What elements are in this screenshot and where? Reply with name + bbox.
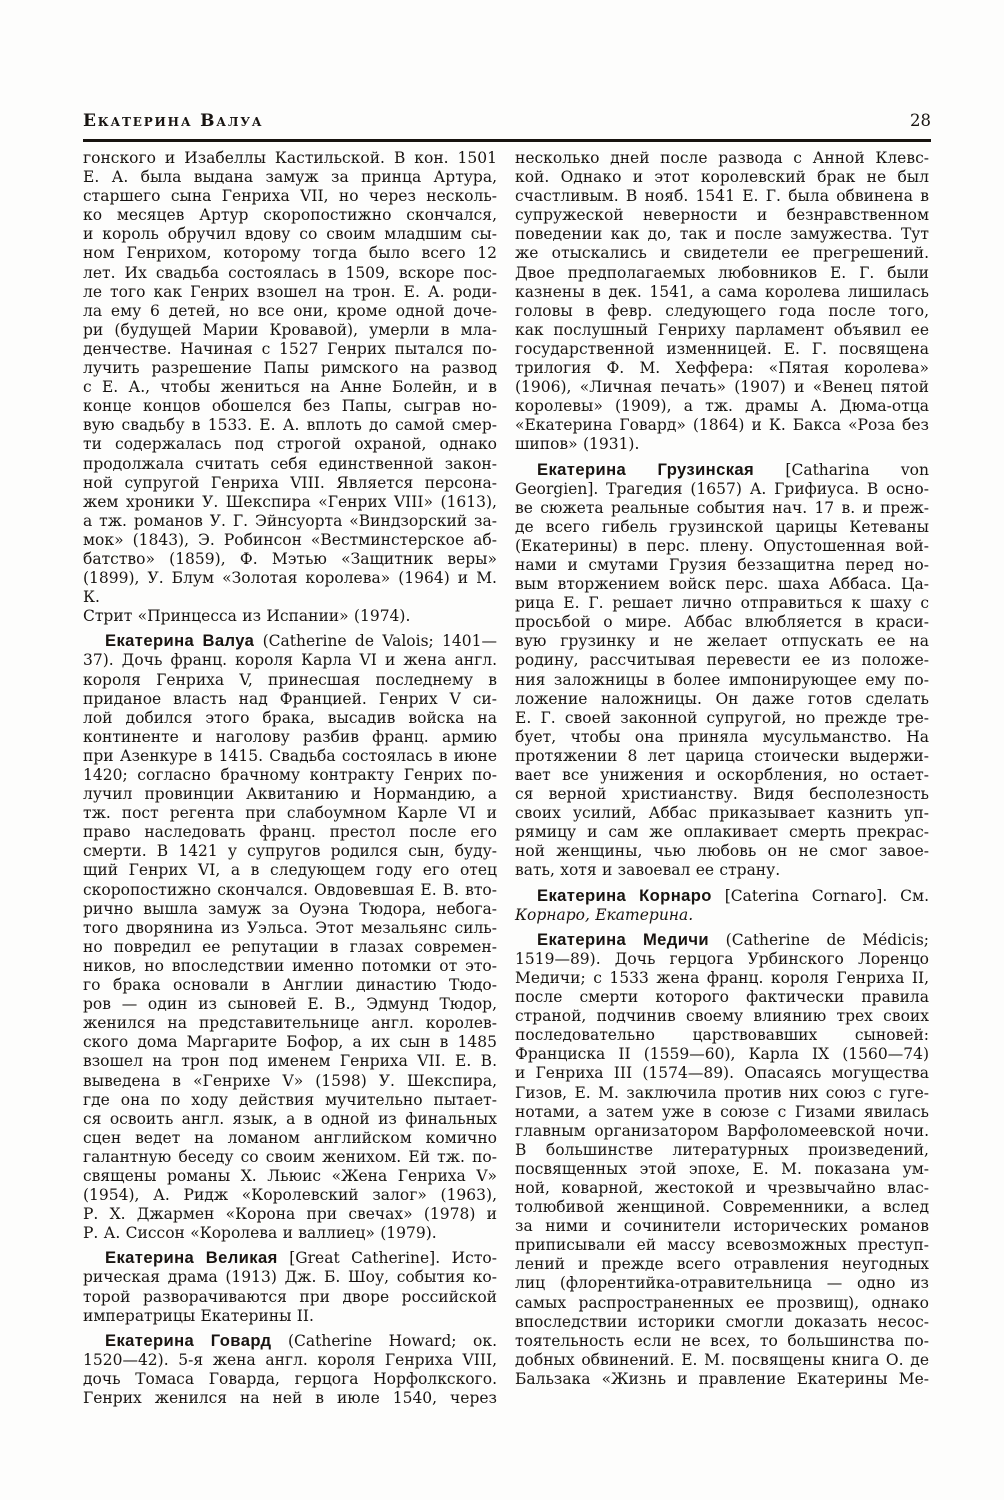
- text-line: Е. А. была выдана замуж за принца Артура…: [83, 168, 497, 187]
- text-line: Екатерина Говард (Catherine Howard; ок.: [83, 1331, 497, 1351]
- text-segment: счастливым. В нояб. 1541 Е. Г. была обви…: [515, 187, 929, 205]
- text-line: 1519—89). Дочь герцога Урбинского Лоренц…: [515, 950, 929, 969]
- text-segment: и король обручил вдову со своим младшим …: [83, 225, 497, 243]
- text-segment: (1899), У. Блум «Золотая королева» (1964…: [83, 569, 497, 606]
- text-line: 1520—42). 5-я жена англ. короля Генриха …: [83, 1351, 497, 1370]
- text-segment: при Азенкуре в 1415. Свадьба состоялась …: [83, 747, 497, 765]
- text-segment: просьбой о мире. Аббас влюбляется в крас…: [515, 613, 929, 631]
- text-line: родину, рассчитывая перевести ее из поло…: [515, 651, 929, 670]
- text-segment: взошел на трон под именем Генриха VII. Е…: [83, 1052, 497, 1070]
- text-segment: лучить разрешение Папы римского на разво…: [83, 359, 497, 377]
- text-segment: рица Е. Г. решает лично отправиться к ша…: [515, 594, 929, 612]
- text-line: страной, подчинив своему влиянию трех св…: [515, 1007, 929, 1026]
- text-segment: поведении как до, так и после замужества…: [515, 225, 929, 243]
- text-segment: Е. Г. своей законной супругой, но прежде…: [515, 709, 929, 727]
- text-line: «Екатерина Говард» (1864) и К. Бакса «Ро…: [515, 416, 929, 435]
- text-line: (Екатерины) в перс. плену. Опустошенная …: [515, 537, 929, 556]
- text-line: Стрит «Принцесса из Испании» (1974).: [83, 607, 497, 626]
- page-number: 28: [910, 111, 931, 130]
- text-segment: ся верной христианству. Видя бесполезнос…: [515, 785, 929, 803]
- text-line: ной супругой Генриха VIII. Является перс…: [83, 474, 497, 493]
- text-line: рямицу и сам же оплакивает смерть прекра…: [515, 823, 929, 842]
- text-segment: кой. Однако и этот королевский брак не б…: [515, 168, 929, 186]
- text-line: протяжении 8 лет царица стоически выдерж…: [515, 747, 929, 766]
- text-line: батство» (1859), Ф. Мэтью «Защитник веры…: [83, 550, 497, 569]
- text-segment: Франциска II (1559—60), Карла IX (1560—7…: [515, 1045, 929, 1063]
- entry-ekaterina-kornaro: Екатерина Корнаро [Caterina Cornaro]. См…: [515, 886, 929, 925]
- text-line: ся верной христианству. Видя бесполезнос…: [515, 785, 929, 804]
- text-segment: рямицу и сам же оплакивает смерть прекра…: [515, 823, 929, 841]
- text-line: кой. Однако и этот королевский брак не б…: [515, 168, 929, 187]
- text-line: лений и прежде всего отравления неугодны…: [515, 1255, 929, 1274]
- text-line: тоятельность если не всех, то большинств…: [515, 1332, 929, 1351]
- header-rule: [83, 139, 931, 142]
- text-line: как послушный Генриху парламент объявил …: [515, 321, 929, 340]
- text-line: рица Е. Г. решает лично отправиться к ша…: [515, 594, 929, 613]
- text-line: Georgien]. Трагедия (1657) А. Грифиуса. …: [515, 480, 929, 499]
- text-line: лет. Их свадьба состоялась в 1509, вскор…: [83, 264, 497, 283]
- text-segment: ной, коварной, жестокой и чрезвычайно вл…: [515, 1179, 929, 1197]
- text-line: (1954), А. Ридж «Королевский залог» (196…: [83, 1186, 497, 1205]
- text-line: главным организатором Варфоломеевской но…: [515, 1122, 929, 1141]
- text-segment: впоследствии историки смогли доказать не…: [515, 1313, 929, 1331]
- text-line: жем хроники У. Шекспира «Генрих VIII» (1…: [83, 493, 497, 512]
- text-line: лой добился этого брака, высадив войска …: [83, 709, 497, 728]
- text-segment: ров — один из сыновей Е. В., Эдмунд Тюдо…: [83, 995, 497, 1013]
- text-line: право наследовать франц. престол после е…: [83, 823, 497, 842]
- text-segment: казнены в дек. 1541, а сама королева лиш…: [515, 283, 929, 301]
- text-segment: вую свадьбу в 1533. Е. А. вплоть до само…: [83, 416, 497, 434]
- text-segment: Е. А. была выдана замуж за принца Артура…: [83, 168, 497, 186]
- text-line: после смерти которого фактически правила: [515, 988, 929, 1007]
- text-line: ников, но впоследствии именно потомки от…: [83, 957, 497, 976]
- text-segment: продолжала считать себя единственной зак…: [83, 455, 497, 473]
- text-segment: лений и прежде всего отравления неугодны…: [515, 1255, 929, 1273]
- text-segment: лиц (флорентийка-отравительница — одно и…: [515, 1274, 929, 1292]
- text-segment: короля Генриха V, принесшая последнему в: [83, 671, 497, 689]
- text-segment: право наследовать франц. престол после е…: [83, 823, 497, 841]
- text-segment: ников, но впоследствии именно потомки от…: [83, 957, 497, 975]
- text-segment: 1520—42). 5-я жена англ. короля Генриха …: [83, 1351, 497, 1369]
- text-segment: Р. Х. Джармен «Корона при свечах» (1978)…: [83, 1205, 497, 1223]
- text-segment: гонского и Изабеллы Кастильской. В кон. …: [83, 149, 497, 167]
- text-segment: (Catherine de Médicis;: [709, 931, 929, 949]
- text-segment: ния заложницы в более импонирующее ему п…: [515, 671, 929, 689]
- text-segment: как послушный Генриху парламент объявил …: [515, 321, 929, 339]
- text-line: вает все унижения и оскорбления, но оста…: [515, 766, 929, 785]
- text-line: го брака основали в Англии династию Тюдо…: [83, 976, 497, 995]
- text-line: счастливым. В нояб. 1541 Е. Г. была обви…: [515, 187, 929, 206]
- text-segment: конце концов обошелся без Папы, сыграв н…: [83, 397, 497, 415]
- text-segment: ти содержалась под строгой охраной, одна…: [83, 435, 497, 453]
- text-line: ся освоить англ. язык, а в одной из фина…: [83, 1110, 497, 1129]
- text-segment: и Генриха III (1574—89). Опасаясь могуще…: [515, 1064, 929, 1082]
- text-segment: де всего гибель грузинской царицы Кетева…: [515, 518, 929, 536]
- text-line: В большинстве литературных произведений,: [515, 1141, 929, 1160]
- text-line: посвященных этой эпохе, Е. М. показана у…: [515, 1160, 929, 1179]
- text-line: тж. пост регента при слабоумном Карле VI…: [83, 804, 497, 823]
- text-segment: лой добился этого брака, высадив войска …: [83, 709, 497, 727]
- text-line: ле того как Генрих взошел на трон. Е. А.…: [83, 283, 497, 302]
- text-line: ном Генрихом, которому тогда было всего …: [83, 244, 497, 263]
- text-line: конце концов обошелся без Папы, сыграв н…: [83, 397, 497, 416]
- text-segment: вую грузинку и не желает отпускать ее на: [515, 632, 929, 650]
- text-segment: (1954), А. Ридж «Королевский залог» (196…: [83, 1186, 497, 1204]
- text-segment: (1906), «Личная печать» (1907) и «Венец …: [515, 378, 929, 396]
- text-segment: денчестве. Начиная с 1527 Генрих пытался…: [83, 340, 497, 358]
- text-line: за ними и сочинители исторических романо…: [515, 1217, 929, 1236]
- text-segment: ном Генрихом, которому тогда было всего …: [83, 244, 497, 262]
- column-right: несколько дней после развода с Анной Кле…: [515, 149, 929, 1408]
- text-segment: лет. Их свадьба состоялась в 1509, вскор…: [83, 264, 497, 282]
- text-line: Генрих женился на ней в июле 1540, через: [83, 1389, 497, 1408]
- text-segment: дочь Томаса Говарда, герцога Норфолкског…: [83, 1370, 497, 1388]
- text-segment: ле того как Генрих взошел на трон. Е. А.…: [83, 283, 497, 301]
- entry-ekaterina-gruzinskaya: Екатерина Грузинская [Catharina vonGeorg…: [515, 460, 929, 881]
- text-segment: приписывали ей массу всевозможных престу…: [515, 1236, 929, 1254]
- text-segment: жем хроники У. Шекспира «Генрих VIII» (1…: [83, 493, 497, 511]
- entry-ekaterina-medichi: Екатерина Медичи (Catherine de Médicis;1…: [515, 930, 929, 1389]
- text-line: Медичи; с 1533 жена франц. короля Генрих…: [515, 969, 929, 988]
- text-line: Франциска II (1559—60), Карла IX (1560—7…: [515, 1045, 929, 1064]
- text-line: вым вторжением войск перс. шаха Аббаса. …: [515, 575, 929, 594]
- text-line: нами и смутами Грузия беззащитна перед н…: [515, 556, 929, 575]
- text-line: ния заложницы в более импонирующее ему п…: [515, 671, 929, 690]
- text-line: государственной изменницей. Е. Г. посвящ…: [515, 340, 929, 359]
- continued-entry-govard-text: несколько дней после развода с Анной Кле…: [515, 149, 929, 455]
- text-line: ри (будущей Марии Кровавой), умерли в мл…: [83, 321, 497, 340]
- text-segment: бует, чтобы она приняла мусульманство. Н…: [515, 728, 929, 746]
- text-segment: [Great Catherine]. Исто-: [278, 1249, 497, 1267]
- text-segment: Генрих женился на ней в июле 1540, через: [83, 1389, 497, 1407]
- entry-ekaterina-velikaya: Екатерина Великая [Great Catherine]. Ист…: [83, 1248, 497, 1325]
- text-line: впоследствии историки смогли доказать не…: [515, 1313, 929, 1332]
- text-line: а тж. романов У. Г. Эйнсуорта «Виндзорск…: [83, 512, 497, 531]
- entry-heading: Екатерина Медичи: [537, 930, 709, 949]
- text-segment: батство» (1859), Ф. Мэтью «Защитник веры…: [83, 550, 497, 568]
- text-line: при Азенкуре в 1415. Свадьба состоялась …: [83, 747, 497, 766]
- text-segment: с Е. А., чтобы жениться на Анне Болейн, …: [83, 378, 497, 396]
- text-segment: континенте и наголову разбив франц. арми…: [83, 728, 497, 746]
- text-segment: того дворянина из Уэльса. Этот мезальянс…: [83, 919, 497, 937]
- text-line: Бальзака «Жизнь и правление Екатерины Ме…: [515, 1370, 929, 1389]
- text-segment: головы в февр. следующего года после тог…: [515, 302, 929, 320]
- text-line: своих усилий, Аббас приказывает казнить …: [515, 804, 929, 823]
- text-line: вую грузинку и не желает отпускать ее на: [515, 632, 929, 651]
- text-segment: нами и смутами Грузия беззащитна перед н…: [515, 556, 929, 574]
- text-line: взошел на трон под именем Генриха VII. Е…: [83, 1052, 497, 1071]
- text-segment: где она по ходу действия мучительно пыта…: [83, 1091, 497, 1109]
- text-segment: ной супругой Генриха VIII. Является перс…: [83, 474, 497, 492]
- text-segment: 1420; согласно брачному контракту Генрих…: [83, 766, 497, 784]
- entry-heading: Екатерина Великая: [105, 1248, 278, 1267]
- text-line: Р. А. Сиссон «Королева и валлиец» (1979)…: [83, 1224, 497, 1243]
- text-segment: но повредил ее репутации в глазах соврем…: [83, 938, 497, 956]
- text-segment: (Catherine Howard; ок.: [271, 1332, 497, 1350]
- text-segment: рично вышла замуж за Оуэна Тюдора, небог…: [83, 900, 497, 918]
- text-segment: [Caterina Cornaro]. См.: [712, 887, 929, 905]
- text-segment: 37). Дочь франц. короля Карла VI и жена …: [83, 651, 497, 669]
- text-line: дочь Томаса Говарда, герцога Норфолкског…: [83, 1370, 497, 1389]
- dictionary-page: Екатерина Валуа 28 гонского и Изабеллы К…: [0, 0, 1004, 1500]
- text-segment: самых распространенных ее прозвищ), одна…: [515, 1294, 929, 1312]
- text-segment: 1519—89). Дочь герцога Урбинского Лоренц…: [515, 950, 929, 968]
- text-segment: Медичи; с 1533 жена франц. короля Генрих…: [515, 969, 929, 987]
- text-line: денчестве. Начиная с 1527 Генрих пытался…: [83, 340, 497, 359]
- text-line: 37). Дочь франц. короля Карла VI и жена …: [83, 651, 497, 670]
- column-left: гонского и Изабеллы Кастильской. В кон. …: [83, 149, 497, 1408]
- text-line: королевы» (1909), а тж. драмы А. Дюма-от…: [515, 397, 929, 416]
- text-segment: а тж. романов У. Г. Эйнсуорта «Виндзорск…: [83, 512, 497, 530]
- text-line: короля Генриха V, принесшая последнему в: [83, 671, 497, 690]
- text-line: щий Генрих VI, а в следующем году его от…: [83, 861, 497, 880]
- text-line: Екатерина Грузинская [Catharina von: [515, 460, 929, 480]
- text-segment: смерти. В 1421 у супругов родился сын, б…: [83, 842, 497, 860]
- text-line: Екатерина Корнаро [Caterina Cornaro]. См…: [515, 886, 929, 906]
- text-line: 1420; согласно брачному контракту Генрих…: [83, 766, 497, 785]
- text-segment: священы романы Х. Льюис «Жена Генриха V»: [83, 1167, 497, 1185]
- text-segment: сцен ведет на ломаном английском комично: [83, 1129, 497, 1147]
- text-segment: несколько дней после развода с Анной Кле…: [515, 149, 929, 167]
- text-segment: «Екатерина Говард» (1864) и К. Бакса «Ро…: [515, 416, 929, 434]
- entry-heading: Екатерина Корнаро: [537, 886, 712, 905]
- text-line: приданое власть над Францией. Генрих V с…: [83, 690, 497, 709]
- text-line: Р. Х. Джармен «Корона при свечах» (1978)…: [83, 1205, 497, 1224]
- text-segment: старшего сына Генриха VII, но через неск…: [83, 187, 497, 205]
- text-line: ной женщины, чью любовь он не смог завое…: [515, 842, 929, 861]
- text-segment: Р. А. Сиссон «Королева и валлиец» (1979)…: [83, 1224, 437, 1242]
- text-segment: (Catherine de Valois; 1401—: [254, 632, 497, 650]
- text-line: нотами, а затем уже в союзе с Гизами яви…: [515, 1103, 929, 1122]
- text-line: ла ему 6 детей, но все они, кроме одной …: [83, 302, 497, 321]
- text-segment: государственной изменницей. Е. Г. посвящ…: [515, 340, 929, 358]
- text-line: где она по ходу действия мучительно пыта…: [83, 1091, 497, 1110]
- text-segment: женился на представительнице англ. корол…: [83, 1014, 497, 1032]
- text-line: Е. Г. своей законной супругой, но прежде…: [515, 709, 929, 728]
- text-line: добных обвинений. Е. М. посвящены книга …: [515, 1351, 929, 1370]
- text-line: торой разворачиваются при дворе российск…: [83, 1288, 497, 1307]
- text-line: мок» (1843), Э. Робинсон «Вестминстерско…: [83, 531, 497, 550]
- text-line: же отыскались и свидетели ее прегрешений…: [515, 244, 929, 263]
- text-segment: Стрит «Принцесса из Испании» (1974).: [83, 607, 410, 625]
- text-segment: ложение наложницы. Он даже готов сделать: [515, 690, 929, 708]
- text-segment: же отыскались и свидетели ее прегрешений…: [515, 244, 929, 262]
- text-segment: главным организатором Варфоломеевской но…: [515, 1122, 929, 1140]
- text-segment: (Екатерины) в перс. плену. Опустошенная …: [515, 537, 929, 555]
- text-line: и король обручил вдову со своим младшим …: [83, 225, 497, 244]
- text-line: лучил провинции Аквитанию и Нормандию, а: [83, 785, 497, 804]
- text-line: де всего гибель грузинской царицы Кетева…: [515, 518, 929, 537]
- text-line: последовательно царствовавших сыновей:: [515, 1026, 929, 1045]
- text-segment: страной, подчинив своему влиянию трех св…: [515, 1007, 929, 1025]
- entry-heading: Екатерина Говард: [105, 1331, 271, 1350]
- text-segment: Корнаро, Екатерина.: [515, 906, 693, 924]
- text-segment: последовательно царствовавших сыновей:: [515, 1026, 929, 1044]
- text-line: поведении как до, так и после замужества…: [515, 225, 929, 244]
- text-line: смерти. В 1421 у супругов родился сын, б…: [83, 842, 497, 861]
- text-segment: [Catharina von: [754, 461, 929, 479]
- text-segment: вым вторжением войск перс. шаха Аббаса. …: [515, 575, 929, 593]
- entry-ekaterina-govard: Екатерина Говард (Catherine Howard; ок.1…: [83, 1331, 497, 1408]
- text-segment: Гизов, Е. М. заключила против них союз с…: [515, 1084, 929, 1102]
- text-segment: после смерти которого фактически правила: [515, 988, 929, 1006]
- text-line: рическая драма (1913) Дж. Б. Шоу, событи…: [83, 1268, 497, 1287]
- text-line: галантную беседу со своим женихом. Ей тж…: [83, 1148, 497, 1167]
- text-segment: посвященных этой эпохе, Е. М. показана у…: [515, 1160, 929, 1178]
- entry-heading: Екатерина Валуа: [105, 631, 254, 650]
- text-segment: супружеской неверности и безнравственном: [515, 206, 929, 224]
- entry-heading: Екатерина Грузинская: [537, 460, 754, 479]
- text-line: лучить разрешение Папы римского на разво…: [83, 359, 497, 378]
- text-segment: добных обвинений. Е. М. посвящены книга …: [515, 1351, 929, 1369]
- text-segment: Georgien]. Трагедия (1657) А. Грифиуса. …: [515, 480, 929, 498]
- text-line: императрицы Екатерины II.: [83, 1307, 497, 1326]
- text-segment: го брака основали в Англии династию Тюдо…: [83, 976, 497, 994]
- text-line: выведена в «Генрихе V» (1598) У. Шекспир…: [83, 1072, 497, 1091]
- text-segment: вает все унижения и оскорбления, но оста…: [515, 766, 929, 784]
- text-segment: толюбивой женщиной. Современники, а всле…: [515, 1198, 929, 1216]
- text-segment: Двое предполагаемых любовников Е. Г. был…: [515, 264, 929, 282]
- text-line: казнены в дек. 1541, а сама королева лиш…: [515, 283, 929, 302]
- text-segment: Бальзака «Жизнь и правление Екатерины Ме…: [515, 1370, 929, 1388]
- text-segment: тж. пост регента при слабоумном Карле VI…: [83, 804, 497, 822]
- text-line: скоропостижно скончался. Овдовевшая Е. В…: [83, 881, 497, 900]
- text-segment: протяжении 8 лет царица стоически выдерж…: [515, 747, 929, 765]
- text-line: ве сюжета реальные события нач. 17 в. и …: [515, 499, 929, 518]
- text-line: Корнаро, Екатерина.: [515, 906, 929, 925]
- text-segment: ского дома Маргарите Бофор, а их сын в 1…: [83, 1033, 497, 1051]
- text-line: ложение наложницы. Он даже готов сделать: [515, 690, 929, 709]
- text-line: и Генриха III (1574—89). Опасаясь могуще…: [515, 1064, 929, 1083]
- text-line: бует, чтобы она приняла мусульманство. Н…: [515, 728, 929, 747]
- text-line: просьбой о мире. Аббас влюбляется в крас…: [515, 613, 929, 632]
- text-line: рично вышла замуж за Оуэна Тюдора, небог…: [83, 900, 497, 919]
- text-line: но повредил ее репутации в глазах соврем…: [83, 938, 497, 957]
- page-header: Екатерина Валуа 28: [83, 111, 931, 131]
- text-segment: галантную беседу со своим женихом. Ей тж…: [83, 1148, 497, 1166]
- text-segment: щий Генрих VI, а в следующем году его от…: [83, 861, 497, 879]
- text-segment: лучил провинции Аквитанию и Нормандию, а: [83, 785, 497, 803]
- text-line: континенте и наголову разбив франц. арми…: [83, 728, 497, 747]
- text-segment: вать, хотя и завоевал ее страну.: [515, 861, 780, 879]
- text-line: самых распространенных ее прозвищ), одна…: [515, 1294, 929, 1313]
- text-line: старшего сына Генриха VII, но через неск…: [83, 187, 497, 206]
- text-line: приписывали ей массу всевозможных престу…: [515, 1236, 929, 1255]
- text-segment: нотами, а затем уже в союзе с Гизами яви…: [515, 1103, 929, 1121]
- text-line: толюбивой женщиной. Современники, а всле…: [515, 1198, 929, 1217]
- text-line: ной, коварной, жестокой и чрезвычайно вл…: [515, 1179, 929, 1198]
- text-segment: тоятельность если не всех, то большинств…: [515, 1332, 929, 1350]
- text-segment: приданое власть над Францией. Генрих V с…: [83, 690, 497, 708]
- text-line: несколько дней после развода с Анной Кле…: [515, 149, 929, 168]
- text-line: Гизов, Е. М. заключила против них союз с…: [515, 1084, 929, 1103]
- text-segment: выведена в «Генрихе V» (1598) У. Шекспир…: [83, 1072, 497, 1090]
- text-line: продолжала считать себя единственной зак…: [83, 455, 497, 474]
- text-segment: ри (будущей Марии Кровавой), умерли в мл…: [83, 321, 497, 339]
- text-segment: шипов» (1931).: [515, 435, 639, 453]
- text-line: женился на представительнице англ. корол…: [83, 1014, 497, 1033]
- text-segment: В большинстве литературных произведений,: [515, 1141, 929, 1159]
- text-line: ко месяцев Артур скоропостижно скончался…: [83, 206, 497, 225]
- text-line: трилогия Ф. М. Хеффера: «Пятая королева»: [515, 359, 929, 378]
- text-line: Двое предполагаемых любовников Е. Г. был…: [515, 264, 929, 283]
- text-line: священы романы Х. Льюис «Жена Генриха V»: [83, 1167, 497, 1186]
- text-line: (1899), У. Блум «Золотая королева» (1964…: [83, 569, 497, 607]
- text-line: вать, хотя и завоевал ее страну.: [515, 861, 929, 880]
- text-segment: торой разворачиваются при дворе российск…: [83, 1288, 497, 1306]
- text-line: ти содержалась под строгой охраной, одна…: [83, 435, 497, 454]
- text-line: с Е. А., чтобы жениться на Анне Болейн, …: [83, 378, 497, 397]
- text-line: ров — один из сыновей Е. В., Эдмунд Тюдо…: [83, 995, 497, 1014]
- text-line: гонского и Изабеллы Кастильской. В кон. …: [83, 149, 497, 168]
- text-segment: ла ему 6 детей, но все они, кроме одной …: [83, 302, 497, 320]
- text-segment: ся освоить англ. язык, а в одной из фина…: [83, 1110, 497, 1128]
- text-segment: королевы» (1909), а тж. драмы А. Дюма-от…: [515, 397, 929, 415]
- text-line: супружеской неверности и безнравственном: [515, 206, 929, 225]
- text-segment: рическая драма (1913) Дж. Б. Шоу, событи…: [83, 1268, 497, 1286]
- text-line: лиц (флорентийка-отравительница — одно и…: [515, 1274, 929, 1293]
- text-segment: трилогия Ф. М. Хеффера: «Пятая королева»: [515, 359, 929, 377]
- text-line: головы в февр. следующего года после тог…: [515, 302, 929, 321]
- text-line: вую свадьбу в 1533. Е. А. вплоть до само…: [83, 416, 497, 435]
- continued-entry-text: гонского и Изабеллы Кастильской. В кон. …: [83, 149, 497, 626]
- text-segment: скоропостижно скончался. Овдовевшая Е. В…: [83, 881, 497, 899]
- text-segment: за ними и сочинители исторических романо…: [515, 1217, 929, 1235]
- text-segment: ной женщины, чью любовь он не смог завое…: [515, 842, 929, 860]
- text-segment: родину, рассчитывая перевести ее из поло…: [515, 651, 929, 669]
- text-segment: мок» (1843), Э. Робинсон «Вестминстерско…: [83, 531, 497, 549]
- text-segment: ко месяцев Артур скоропостижно скончался…: [83, 206, 497, 224]
- text-line: Екатерина Валуа (Catherine de Valois; 14…: [83, 631, 497, 651]
- text-segment: императрицы Екатерины II.: [83, 1307, 314, 1325]
- entry-ekaterina-valua: Екатерина Валуа (Catherine de Valois; 14…: [83, 631, 497, 1243]
- text-line: Екатерина Медичи (Catherine de Médicis;: [515, 930, 929, 950]
- text-segment: ве сюжета реальные события нач. 17 в. и …: [515, 499, 929, 517]
- text-columns: гонского и Изабеллы Кастильской. В кон. …: [83, 149, 929, 1408]
- text-segment: своих усилий, Аббас приказывает казнить …: [515, 804, 929, 822]
- text-line: шипов» (1931).: [515, 435, 929, 454]
- text-line: ского дома Маргарите Бофор, а их сын в 1…: [83, 1033, 497, 1052]
- text-line: Екатерина Великая [Great Catherine]. Ист…: [83, 1248, 497, 1268]
- text-line: (1906), «Личная печать» (1907) и «Венец …: [515, 378, 929, 397]
- text-line: сцен ведет на ломаном английском комично: [83, 1129, 497, 1148]
- running-title: Екатерина Валуа: [83, 111, 263, 131]
- text-line: того дворянина из Уэльса. Этот мезальянс…: [83, 919, 497, 938]
